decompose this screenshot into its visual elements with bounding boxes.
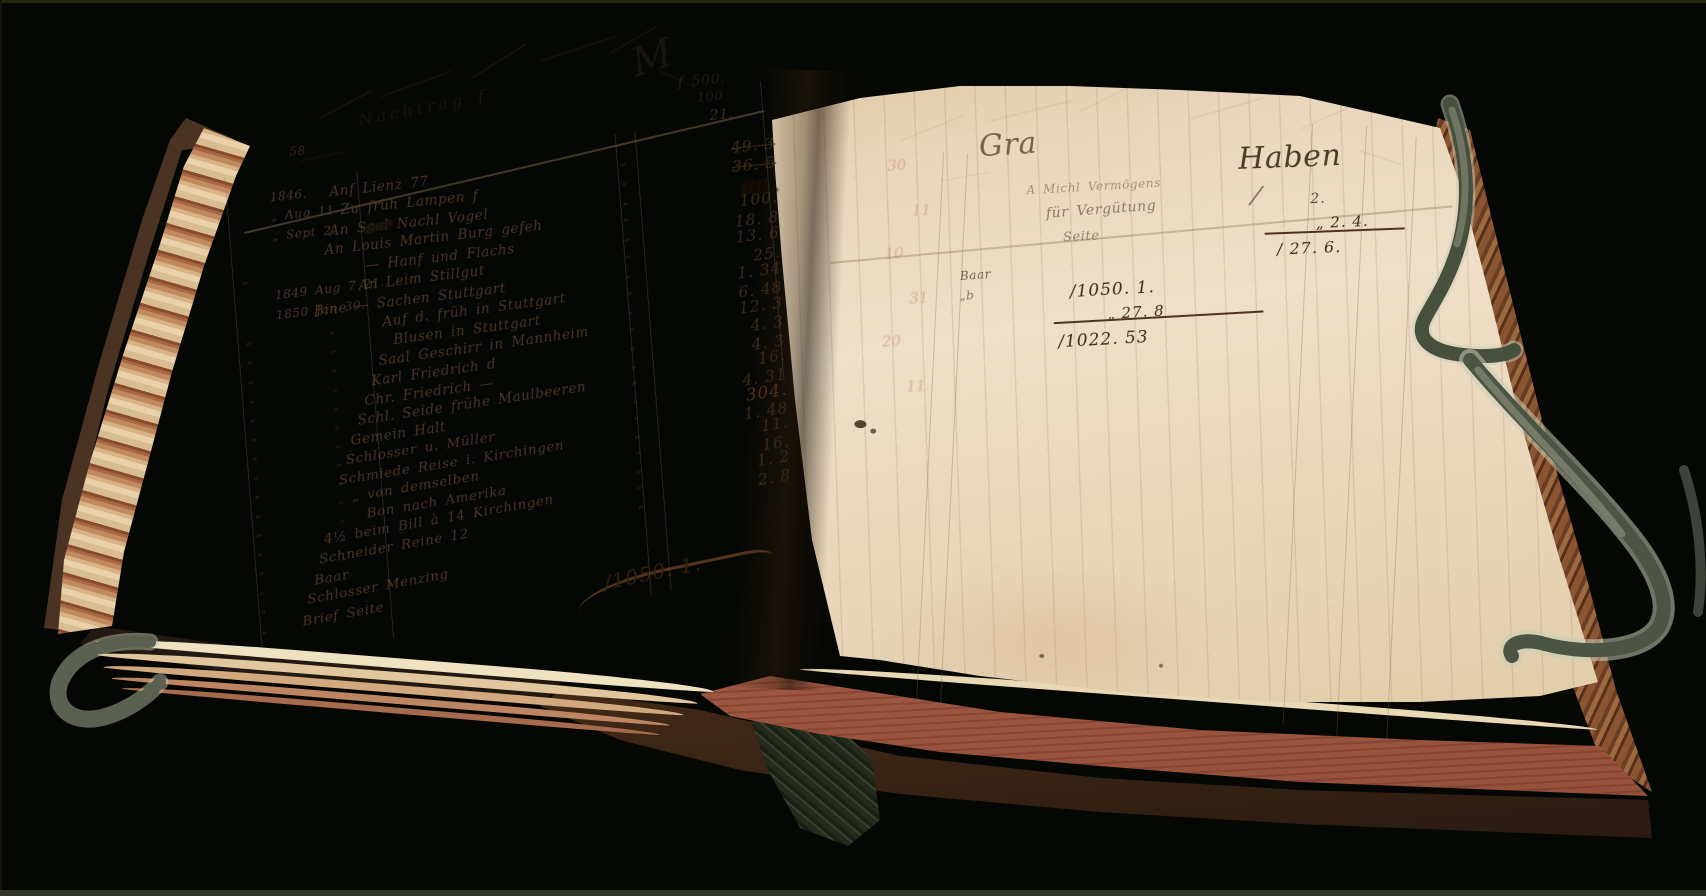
- ditto-mark-inner: „: [338, 511, 346, 525]
- ditto-mark-inner: „: [332, 399, 340, 413]
- ink-stain: [854, 420, 866, 428]
- column-rule: [1384, 137, 1416, 776]
- upper-amount-a: 2.: [1310, 191, 1326, 208]
- left-page-handwriting: 1846.Anf Lienz 77„49. 3„ Aug 11Zu früh L…: [265, 138, 832, 745]
- right-page-handwriting: GraHabenA Michl Vermögensfür VergütungSe…: [842, 120, 1499, 700]
- ditto-mark-mid: „: [624, 247, 631, 261]
- bleed-through-figure: 10: [884, 244, 904, 263]
- ditto-mark-left: „: [251, 449, 259, 463]
- ditto-mark-left: „: [249, 411, 257, 425]
- ink-stain: [870, 428, 876, 433]
- ditto-mark-inner: „: [337, 492, 345, 506]
- ditto-mark-mid: „: [620, 155, 627, 169]
- ditto-mark-inner: „: [330, 361, 338, 375]
- ditto-mark-inner: „: [333, 418, 341, 432]
- ink-stain: [1159, 664, 1163, 668]
- entry-date: 1846.: [269, 187, 307, 205]
- bleed-through-figure: 11: [906, 377, 926, 396]
- account-header-script: Gra: [978, 125, 1038, 164]
- ditto-mark-left: „: [246, 353, 254, 367]
- column-rule: [916, 153, 944, 712]
- ghost-figure: 100: [696, 89, 723, 106]
- calc-result: ∕1022. 53: [1058, 327, 1149, 352]
- ditto-mark-inner: „: [331, 380, 339, 394]
- column-rule: [940, 153, 968, 712]
- calc-label: Baar: [959, 267, 991, 283]
- bleed-through-figure: 20: [881, 332, 901, 351]
- ditto-mark-inner: „: [334, 437, 342, 451]
- calc-top: ∕1050. 1.: [1069, 277, 1155, 302]
- subheader-line: Seite: [1063, 228, 1100, 245]
- ditto-mark-inner: „: [328, 323, 336, 337]
- header-haben: Haben: [1237, 138, 1342, 177]
- ditto-mark-left: „: [248, 392, 256, 406]
- ditto-mark-mid: „: [622, 194, 629, 208]
- subheader-line: A Michl Vermögens: [1026, 176, 1161, 197]
- ditto-mark-mid: „: [624, 230, 631, 244]
- page-number: 58: [289, 143, 306, 158]
- ink-stain: [1039, 654, 1044, 658]
- ghost-figure: 21.: [709, 106, 734, 124]
- ditto-mark-inner: „: [335, 455, 343, 469]
- ditto-mark-left: „: [245, 334, 253, 348]
- upper-amount-sum: ∕ 27. 6.: [1277, 237, 1342, 258]
- photo-bottom-border: [0, 890, 1706, 896]
- ditto-mark-left: „: [242, 273, 249, 287]
- ledger-photo: 1846.Anf Lienz 77„49. 3„ Aug 11Zu früh L…: [0, 0, 1706, 896]
- entry-amount: 36. 5: [731, 153, 776, 176]
- column-rule: [1283, 124, 1313, 723]
- bleed-through-figure: 11: [911, 201, 931, 220]
- bleed-through-figure: 30: [887, 156, 907, 175]
- ditto-mark-mid: „: [621, 174, 628, 188]
- entry-amount: 100.: [739, 188, 779, 210]
- haben-flourish: ∕: [1249, 180, 1263, 211]
- ditto-mark-inner: „: [329, 342, 337, 356]
- subheader-line: für Vergütung: [1045, 198, 1156, 222]
- bleed-through-figure: 31: [909, 289, 929, 308]
- ditto-mark-mid: „: [623, 210, 630, 224]
- ditto-mark-left: „: [250, 430, 258, 444]
- ditto-mark-left: „: [247, 373, 255, 387]
